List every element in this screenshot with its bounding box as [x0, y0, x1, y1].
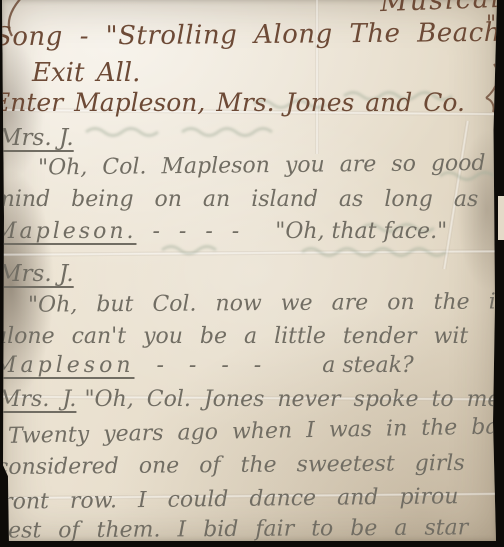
- line-text: "Oh, that face.": [275, 219, 447, 244]
- manuscript-page: Musical " Song - "Strolling Along The Be…: [2, 0, 497, 541]
- speaker-name: Mapleson: [2, 353, 135, 378]
- script-line-dialogue: mind being on an island as long as: [2, 189, 478, 211]
- line-text: Song - "Strolling Along The Beach": [2, 18, 497, 53]
- script-line-enter: Enter Mapleson, Mrs. Jones and Co.: [2, 90, 465, 115]
- script-line-speaker: Mrs. J.: [2, 127, 74, 150]
- speaker-name: Mrs. J.: [2, 125, 74, 151]
- script-line-dialogue: front row. I could dance and pirou: [2, 486, 459, 514]
- line-text: "Oh, Col. Jones never spoke to me: [84, 387, 497, 412]
- line-text: considered one of the sweetest girls: [2, 451, 465, 480]
- script-line-speaker: Mrs. J.: [2, 263, 74, 286]
- line-text: Enter Mapleson, Mrs. Jones and Co.: [2, 88, 465, 117]
- script-line-stage-direction: Mapleson.- - - -"Oh, that face.": [2, 221, 447, 243]
- script-line-dialogue: best of them. I bid fair to be a star: [2, 517, 468, 541]
- line-text: Twenty years ago when I was in the ball: [8, 414, 497, 449]
- speaker-name: Mrs. J.: [2, 261, 74, 287]
- line-text: "Oh, Col. Mapleson you are so good to: [38, 150, 497, 180]
- line-text: a steak?: [322, 353, 414, 378]
- stage-dashes: - - - -: [152, 219, 245, 244]
- script-line-dialogue: Mrs. J."Oh, Col. Jones never spoke to me: [2, 389, 497, 411]
- line-text: best of them. I bid fair to be a star: [2, 515, 468, 541]
- stage-dashes: - - - -: [157, 353, 271, 378]
- script-line-dialogue: considered one of the sweetest girls: [2, 453, 465, 479]
- paper-edge-sliver: [498, 196, 504, 240]
- photo-frame: Musical " Song - "Strolling Along The Be…: [0, 0, 504, 547]
- speaker-name: Mapleson.: [2, 219, 136, 244]
- script-line-stage-direction: Mapleson- - - -a steak?: [2, 355, 414, 377]
- cutoff-stroke: [486, 64, 497, 112]
- script-line-dialogue: "Oh, but Col. now we are on the isla: [28, 291, 497, 316]
- line-text: front row. I could dance and pirou: [2, 484, 459, 515]
- script-line-exit: Exit All.: [32, 60, 140, 86]
- corner-annotation: Musical: [380, 0, 497, 16]
- script-line-dialogue: Twenty years ago when I was in the ball: [8, 416, 497, 448]
- line-text: Exit All.: [32, 58, 140, 88]
- script-line-song: Song - "Strolling Along The Beach": [2, 20, 497, 51]
- script-line-dialogue: alone can't you be a little tender wit: [2, 326, 468, 348]
- line-text: mind being on an island as long as: [2, 187, 478, 212]
- line-text: "Oh, but Col. now we are on the isla: [28, 289, 497, 317]
- paper-crease: [2, 249, 497, 257]
- line-text: alone can't you be a little tender wit: [2, 324, 468, 349]
- script-line-dialogue: "Oh, Col. Mapleson you are so good to: [38, 152, 497, 179]
- speaker-name: Mrs. J.: [2, 387, 76, 412]
